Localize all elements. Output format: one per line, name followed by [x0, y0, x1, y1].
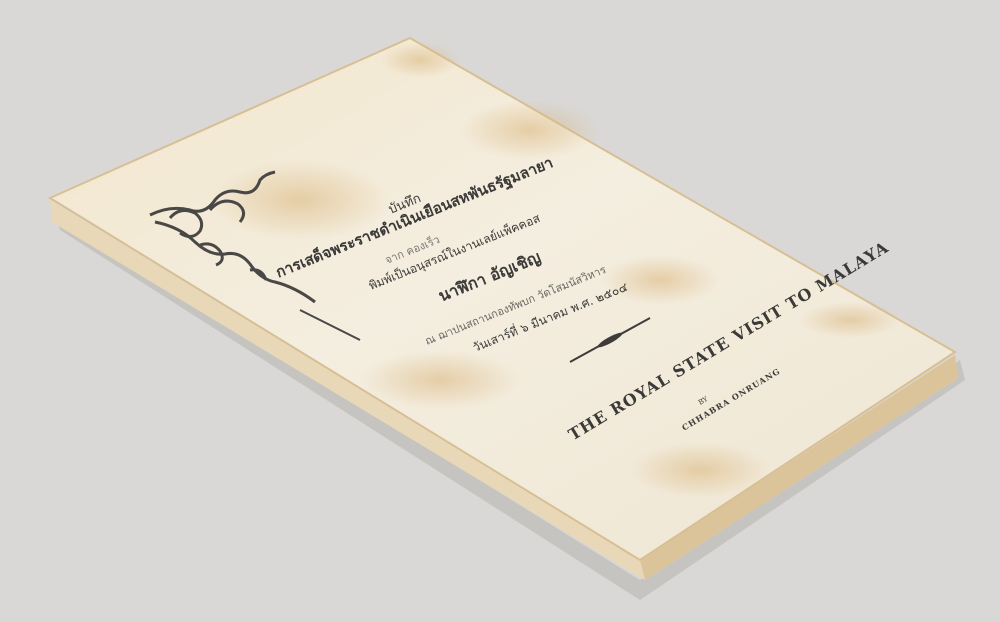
photo-scene: บันทึก การเสด็จพระราชดำเนินเยือนสหพันธรั… [0, 0, 1000, 622]
